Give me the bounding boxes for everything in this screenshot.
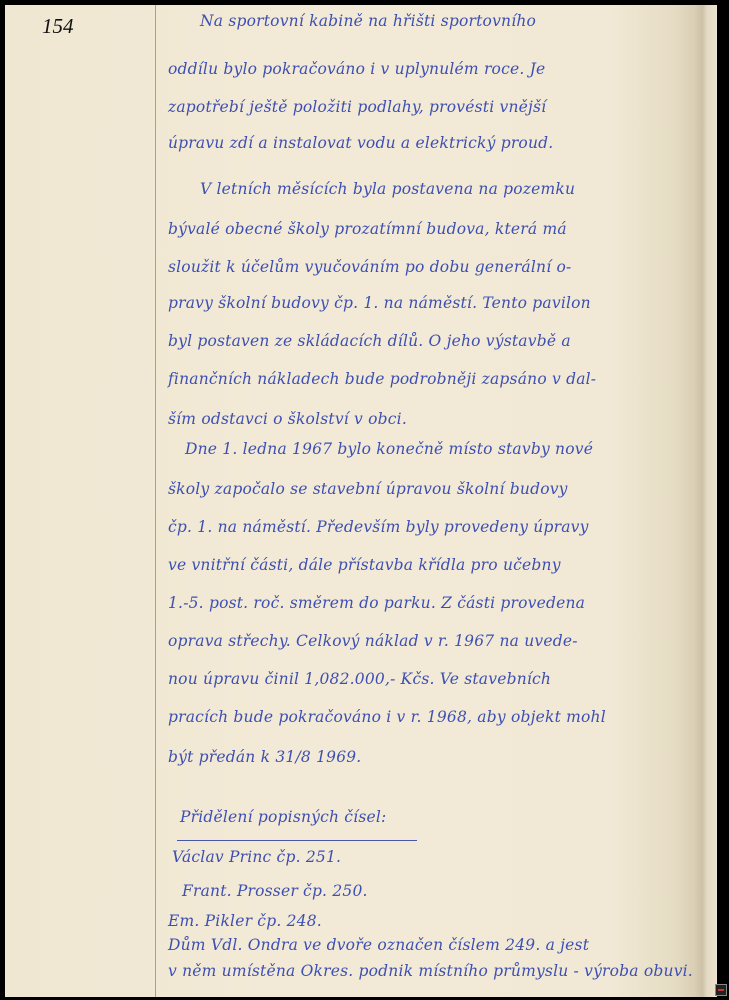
handwritten-line: zapotřebí ještě položiti podlahy, provés…: [168, 98, 546, 116]
handwritten-line: pracích bude pokračováno i v r. 1968, ab…: [168, 708, 606, 726]
handwritten-line: být předán k 31/8 1969.: [168, 748, 361, 766]
handwritten-line: finančních nákladech bude podrobněji zap…: [168, 370, 596, 388]
handwritten-line: v něm umístěna Okres. podnik místního pr…: [168, 962, 693, 980]
binding-shadow: [695, 5, 707, 997]
handwritten-line: byl postaven ze skládacích dílů. O jeho …: [168, 332, 571, 350]
handwritten-line: Dne 1. ledna 1967 bylo konečně místo sta…: [185, 440, 593, 458]
handwritten-line: oddílu bylo pokračováno i v uplynulém ro…: [168, 60, 545, 78]
handwritten-line: pravy školní budovy čp. 1. na náměstí. T…: [168, 294, 591, 312]
handwritten-line: V letních měsících byla postavena na poz…: [200, 180, 575, 198]
margin-line: [155, 5, 156, 997]
handwritten-line: ším odstavci o školství v obci.: [168, 410, 407, 428]
ledger-page: 154 Na sportovní kabině na hřišti sporto…: [5, 5, 717, 997]
heading-underline: [177, 840, 417, 841]
handwritten-line: Frant. Prosser čp. 250.: [182, 882, 368, 900]
handwritten-line: oprava střechy. Celkový náklad v r. 1967…: [168, 632, 578, 650]
handwritten-line: úpravu zdí a instalovat vodu a elektrick…: [168, 134, 553, 152]
handwritten-line: čp. 1. na náměstí. Především byly proved…: [168, 518, 589, 536]
handwritten-line: Na sportovní kabině na hřišti sportovníh…: [200, 12, 536, 30]
page-number: 154: [42, 14, 74, 39]
handwritten-line: sloužit k účelům vyučováním po dobu gene…: [168, 258, 571, 276]
handwritten-line: školy započalo se stavební úpravou školn…: [168, 480, 568, 498]
handwritten-line: Václav Princ čp. 251.: [172, 848, 341, 866]
handwritten-line: bývalé obecné školy prozatímní budova, k…: [168, 220, 567, 238]
handwritten-line: Dům Vdl. Ondra ve dvoře označen číslem 2…: [168, 936, 589, 954]
handwritten-line: 1.-5. post. roč. směrem do parku. Z část…: [168, 594, 585, 612]
handwritten-line: Em. Pikler čp. 248.: [168, 912, 322, 930]
corner-marker-icon: [715, 984, 727, 996]
handwritten-line: Přidělení popisných čísel:: [180, 808, 386, 826]
handwritten-line: nou úpravu činil 1,082.000,- Kčs. Ve sta…: [168, 670, 551, 688]
handwritten-line: ve vnitřní části, dále přístavba křídla …: [168, 556, 561, 574]
